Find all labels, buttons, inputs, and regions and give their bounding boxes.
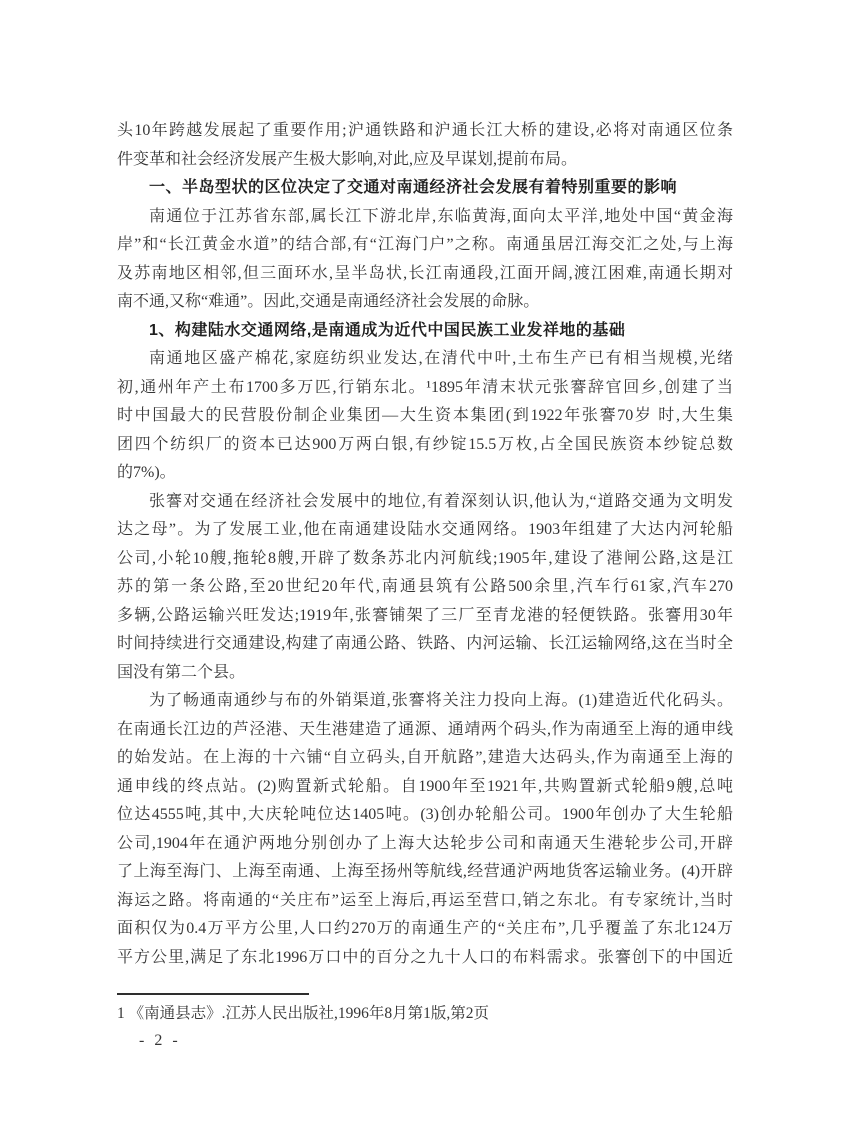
subsection-heading-1: 1、构建陆水交通网络,是南通成为近代中国民族工业发祥地的基础 [117, 317, 733, 346]
paragraph-nantong-location-line: 及苏南地区相邻,但三面环水,呈半岛状,长江南通段,江面开阔,渡江困难,南通长期对 [117, 260, 733, 289]
paragraph-zhangjian-transport-line: 时间持续进行交通建设,构建了南通公路、铁路、内河运输、长江运输网络,这在当时全 [117, 630, 733, 659]
paragraph-zhangjian-transport-line: 国没有第二个县。 [117, 659, 733, 688]
paragraph-shanghai-channels-line: 海运之路。将南通的“关庄布”运至上海后,再运至营口,销之东北。有专家统计,当时 [117, 887, 733, 916]
paragraph-zhangjian-transport: 张謇对交通在经济社会发展中的地位,有着深刻认识,他认为,“道路交通为文明发达之母… [117, 488, 733, 688]
footnote-separator [117, 993, 309, 995]
paragraph-zhangjian-transport-line: 苏的第一条公路,至20世纪20年代,南通县筑有公路500余里,汽车行61家,汽车… [117, 573, 733, 602]
paragraph-cotton-industry-line: 南通地区盛产棉花,家庭纺织业发达,在清代中叶,土布生产已有相当规模,光绪 [117, 345, 733, 374]
paragraph-nantong-location-line: 岸”和“长江黄金水道”的结合部,有“江海门户”之称。南通虽居江海交汇之处,与上海 [117, 231, 733, 260]
paragraph-cotton-industry-line: 时中国最大的民营股份制企业集团—大生资本集团(到1922年张謇70岁 时,大生集 [117, 402, 733, 431]
paragraph-shanghai-channels-line: 面积仅为0.4万平方公里,人口约270万的南通生产的“关庄布”,几乎覆盖了东北1… [117, 915, 733, 944]
paragraph-zhangjian-transport-line: 多辆,公路运输兴旺发达;1919年,张謇铺架了三厂至青龙港的轻便铁路。张謇用30… [117, 602, 733, 631]
continuation-paragraph-line: 头10年跨越发展起了重要作用;沪通铁路和沪通长江大桥的建设,必将对南通区位条 [117, 117, 733, 146]
paragraph-zhangjian-transport-line: 张謇对交通在经济社会发展中的地位,有着深刻认识,他认为,“道路交通为文明发 [117, 488, 733, 517]
paragraph-shanghai-channels-line: 通申线的终点站。(2)购置新式轮船。自1900年至1921年,共购置新式轮船9艘… [117, 773, 733, 802]
footnote-citation: 1 《南通县志》.江苏人民出版社,1996年8月第1版,第2页 [117, 1001, 733, 1027]
paragraph-shanghai-channels-line: 公司,1904年在通沪两地分别创办了上海大达轮步公司和南通天生港轮步公司,开辟 [117, 830, 733, 859]
subsection-heading-1-line: 1、构建陆水交通网络,是南通成为近代中国民族工业发祥地的基础 [117, 317, 733, 346]
paragraph-cotton-industry-line: 团四个纺织厂的资本已达900万两白银,有纱锭15.5万枚,占全国民族资本纱锭总数 [117, 431, 733, 460]
paragraph-nantong-location-line: 南不通,又称“难通”。因此,交通是南通经济社会发展的命脉。 [117, 288, 733, 317]
continuation-paragraph-line: 件变革和社会经济发展产生极大影响,对此,应及早谋划,提前布局。 [117, 146, 733, 175]
section-heading-1: 一、半岛型状的区位决定了交通对南通经济社会发展有着特别重要的影响 [117, 174, 733, 203]
continuation-paragraph: 头10年跨越发展起了重要作用;沪通铁路和沪通长江大桥的建设,必将对南通区位条件变… [117, 117, 733, 174]
document-body: 头10年跨越发展起了重要作用;沪通铁路和沪通长江大桥的建设,必将对南通区位条件变… [117, 117, 733, 972]
section-heading-1-line: 一、半岛型状的区位决定了交通对南通经济社会发展有着特别重要的影响 [117, 174, 733, 203]
paragraph-zhangjian-transport-line: 达之母”。为了发展工业,他在南通建设陆水交通网络。1903年组建了大达内河轮船 [117, 516, 733, 545]
paragraph-shanghai-channels-line: 了上海至海门、上海至南通、上海至扬州等航线,经营通沪两地货客运输业务。(4)开辟 [117, 858, 733, 887]
page-number: - 2 - [139, 1032, 181, 1050]
paragraph-shanghai-channels-line: 位达4555吨,其中,大庆轮吨位达1405吨。(3)创办轮船公司。1900年创办… [117, 801, 733, 830]
paragraph-nantong-location-line: 南通位于江苏省东部,属长江下游北岸,东临黄海,面向太平洋,地处中国“黄金海 [117, 203, 733, 232]
paragraph-cotton-industry-line: 初,通州年产土布1700多万匹,行销东北。¹1895年清末状元张謇辞官回乡,创建… [117, 374, 733, 403]
paragraph-cotton-industry-line: 的7%)。 [117, 459, 733, 488]
paragraph-shanghai-channels-line: 为了畅通南通纱与布的外销渠道,张謇将关注力投向上海。(1)建造近代化码头。 [117, 687, 733, 716]
paragraph-cotton-industry: 南通地区盛产棉花,家庭纺织业发达,在清代中叶,土布生产已有相当规模,光绪初,通州… [117, 345, 733, 488]
paragraph-shanghai-channels-line: 平方公里,满足了东北1996万口中的百分之九十人口的布料需求。张謇创下的中国近 [117, 944, 733, 973]
paragraph-shanghai-channels-line: 的始发站。在上海的十六铺“自立码头,自开航路”,建造大达码头,作为南通至上海的 [117, 744, 733, 773]
paragraph-shanghai-channels: 为了畅通南通纱与布的外销渠道,张謇将关注力投向上海。(1)建造近代化码头。在南通… [117, 687, 733, 972]
paragraph-shanghai-channels-line: 在南通长江边的芦泾港、天生港建造了通源、通靖两个码头,作为南通至上海的通申线 [117, 716, 733, 745]
paragraph-nantong-location: 南通位于江苏省东部,属长江下游北岸,东临黄海,面向太平洋,地处中国“黄金海岸”和… [117, 203, 733, 317]
paragraph-zhangjian-transport-line: 公司,小轮10艘,拖轮8艘,开辟了数条苏北内河航线;1905年,建设了港闸公路,… [117, 545, 733, 574]
document-page: 头10年跨越发展起了重要作用;沪通铁路和沪通长江大桥的建设,必将对南通区位条件变… [0, 0, 850, 1146]
